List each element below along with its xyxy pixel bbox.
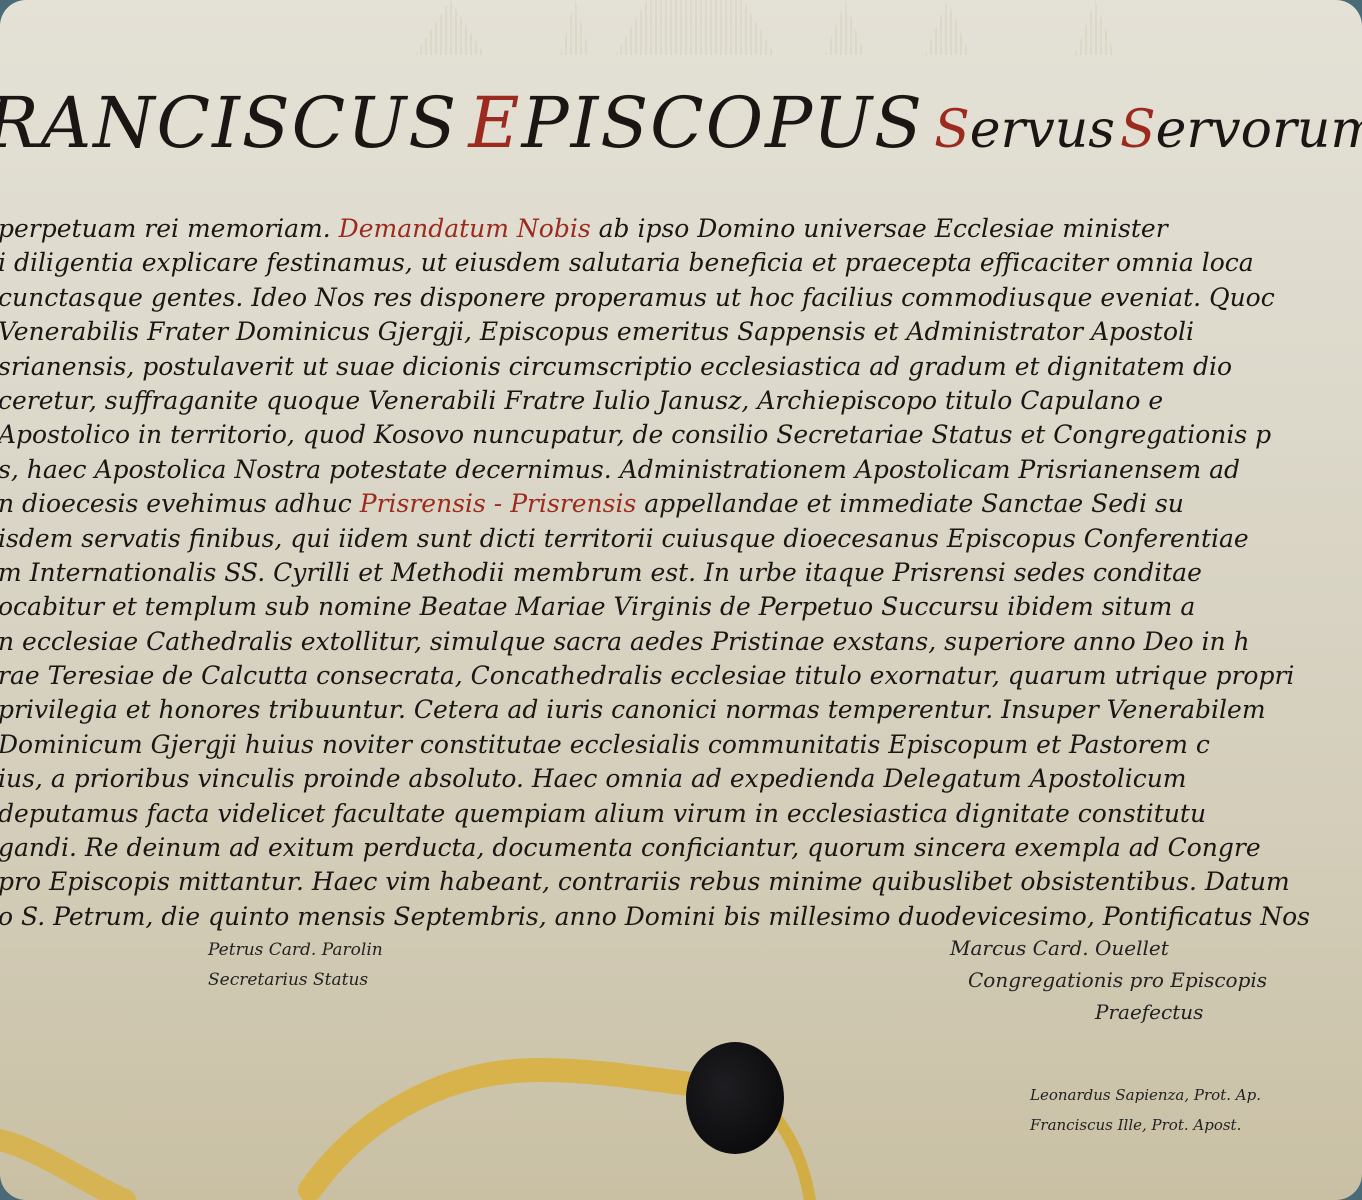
parchment-document: RANCISCUS EPISCOPUS Servus Servorum perp…: [0, 0, 1362, 1200]
heading-initial-s1: S: [934, 100, 970, 160]
text-segment: rae Teresiae de Calcutta consecrata, Con…: [0, 661, 1294, 690]
watermark-right-1: [825, 0, 865, 55]
text-line-18: deputamus facta videlicet facultate quem…: [0, 797, 1362, 831]
signature-name: Marcus Card. Ouellet: [950, 932, 1267, 964]
text-line-3: cunctasque gentes. Ideo Nos res disponer…: [0, 281, 1362, 315]
text-line-4: Venerabilis Frater Dominicus Gjergji, Ep…: [0, 315, 1362, 349]
text-segment: ius, a prioribus vinculis proinde absolu…: [0, 764, 1187, 793]
text-segment: isdem servatis finibus, qui iidem sunt d…: [0, 524, 1249, 553]
text-line-16: Dominicum Gjergji huius noviter constitu…: [0, 728, 1362, 762]
document-heading: RANCISCUS EPISCOPUS Servus Servorum: [0, 82, 1362, 164]
text-line-1: perpetuam rei memoriam. Demandatum Nobis…: [0, 212, 1362, 246]
text-segment: deputamus facta videlicet facultate quem…: [0, 799, 1206, 828]
text-segment: srianensis, postulaverit ut suae dicioni…: [0, 352, 1232, 381]
text-line-14: rae Teresiae de Calcutta consecrata, Con…: [0, 659, 1362, 693]
text-line-10: isdem servatis finibus, qui iidem sunt d…: [0, 522, 1362, 556]
rubric-text: Demandatum Nobis: [339, 214, 591, 243]
text-segment: pro Episcopis mittantur. Haec vim habean…: [0, 867, 1290, 896]
text-line-21: o S. Petrum, die quinto mensis Septembri…: [0, 900, 1362, 934]
text-segment: cunctasque gentes. Ideo Nos res disponer…: [0, 283, 1275, 312]
text-line-8: s, haec Apostolica Nostra potestate dece…: [0, 453, 1362, 487]
text-line-13: n ecclesiae Cathedralis extollitur, simu…: [0, 625, 1362, 659]
text-line-7: Apostolico in territorio, quod Kosovo nu…: [0, 418, 1362, 452]
text-segment: gandi. Re deinum ad exitum perducta, doc…: [0, 833, 1261, 862]
text-segment: privilegia et honores tribuuntur. Cetera…: [0, 695, 1266, 724]
wax-seal-icon: [686, 1042, 784, 1154]
heading-initial-e: E: [468, 82, 521, 164]
signature-protonotaries: Leonardus Sapienza, Prot. Ap. Franciscus…: [1030, 1080, 1261, 1140]
text-segment: Venerabilis Frater Dominicus Gjergji, Ep…: [0, 317, 1194, 346]
heading-word-franciscus: RANCISCUS: [0, 82, 458, 164]
signature-title: Congregationis pro Episcopis: [950, 964, 1267, 996]
signature-name: Leonardus Sapienza, Prot. Ap.: [1030, 1080, 1261, 1110]
text-segment: appellandae et immediate Sanctae Sedi su: [636, 489, 1184, 518]
text-line-2: i diligentia explicare festinamus, ut ei…: [0, 246, 1362, 280]
watermark-right-2: [925, 0, 970, 55]
watermark-left-1: [415, 0, 485, 55]
text-line-9: n dioecesis evehimus adhuc Prisrensis - …: [0, 487, 1362, 521]
text-line-17: ius, a prioribus vinculis proinde absolu…: [0, 762, 1362, 796]
signature-name: Petrus Card. Parolin: [208, 935, 383, 965]
watermark-right-3: [1075, 0, 1115, 55]
text-segment: s, haec Apostolica Nostra potestate dece…: [0, 455, 1240, 484]
text-segment: n ecclesiae Cathedralis extollitur, simu…: [0, 627, 1250, 656]
heading-word-servus: ervus: [970, 100, 1115, 160]
text-segment: Dominicum Gjergji huius noviter constitu…: [0, 730, 1210, 759]
text-segment: ab ipso Domino universae Ecclesiae minis…: [591, 214, 1168, 243]
bull-body-text: perpetuam rei memoriam. Demandatum Nobis…: [0, 212, 1362, 934]
watermark-center: [615, 0, 775, 55]
watermark-left-2: [560, 0, 590, 55]
text-segment: perpetuam rei memoriam.: [0, 214, 339, 243]
signature-name: Franciscus Ille, Prot. Apost.: [1030, 1110, 1261, 1140]
text-line-5: srianensis, postulaverit ut suae dicioni…: [0, 350, 1362, 384]
text-segment: i diligentia explicare festinamus, ut ei…: [0, 248, 1254, 277]
rubric-text: Prisrensis - Prisrensis: [360, 489, 637, 518]
text-segment: m Internationalis SS. Cyrilli et Methodi…: [0, 558, 1202, 587]
text-line-19: gandi. Re deinum ad exitum perducta, doc…: [0, 831, 1362, 865]
signature-prefect: Marcus Card. Ouellet Congregationis pro …: [950, 932, 1267, 1028]
heading-word-episcopus: PISCOPUS: [521, 82, 923, 164]
signature-secretary-of-state: Petrus Card. Parolin Secretarius Status: [208, 935, 383, 995]
text-segment: ceretur, suffraganite quoque Venerabili …: [0, 386, 1163, 415]
text-segment: o S. Petrum, die quinto mensis Septembri…: [0, 902, 1310, 931]
text-line-12: ocabitur et templum sub nomine Beatae Ma…: [0, 590, 1362, 624]
signature-title: Praefectus: [950, 996, 1267, 1028]
text-line-15: privilegia et honores tribuuntur. Cetera…: [0, 693, 1362, 727]
text-segment: Apostolico in territorio, quod Kosovo nu…: [0, 420, 1271, 449]
signature-title: Secretarius Status: [208, 965, 383, 995]
text-segment: ocabitur et templum sub nomine Beatae Ma…: [0, 592, 1195, 621]
text-line-20: pro Episcopis mittantur. Haec vim habean…: [0, 865, 1362, 899]
text-line-6: ceretur, suffraganite quoque Venerabili …: [0, 384, 1362, 418]
heading-word-servorum: ervorum: [1156, 100, 1362, 160]
heading-initial-s2: S: [1120, 100, 1156, 160]
text-segment: n dioecesis evehimus adhuc: [0, 489, 360, 518]
text-line-11: m Internationalis SS. Cyrilli et Methodi…: [0, 556, 1362, 590]
